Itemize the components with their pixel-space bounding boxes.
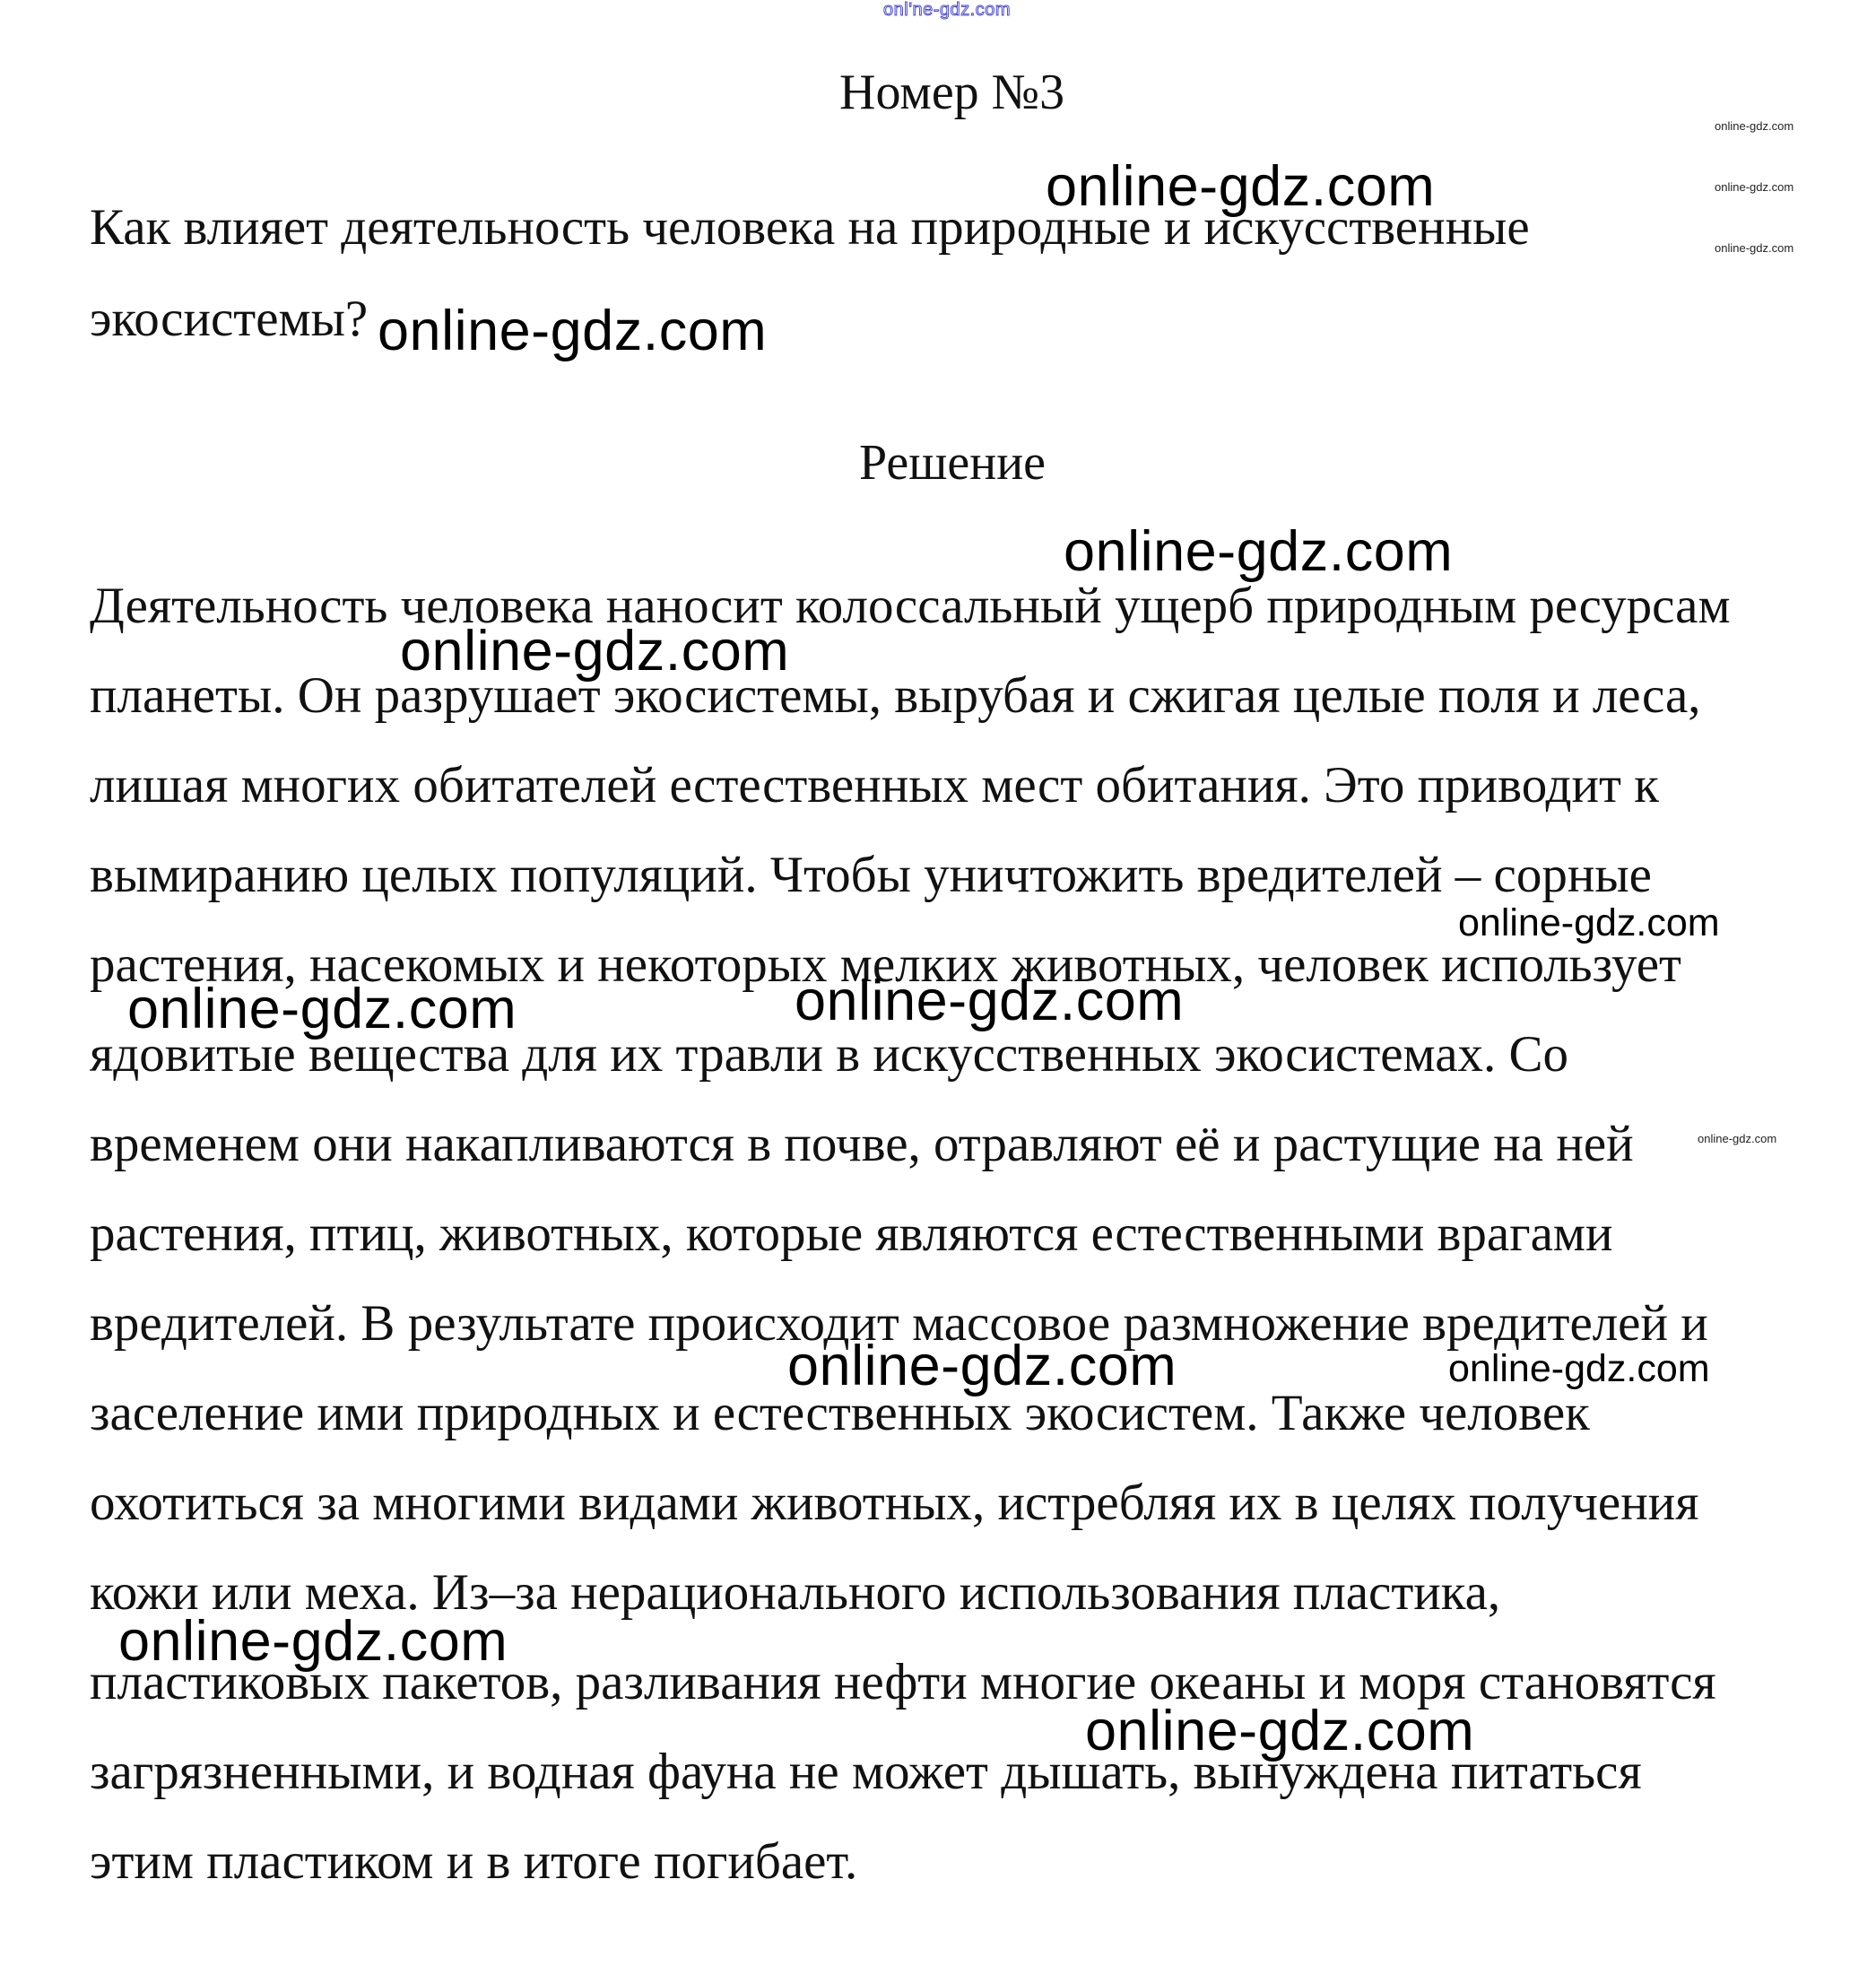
- watermark: online-gdz.com: [378, 303, 767, 360]
- answer-line: охотиться за многими видами животных, ис…: [90, 1477, 1698, 1528]
- watermark: online-gdz.com: [1046, 159, 1435, 215]
- watermark-small: online-gdz.com: [1715, 181, 1793, 193]
- watermark-small: online-gdz.com: [1698, 1133, 1776, 1144]
- watermark: online-gdz.com: [795, 973, 1184, 1030]
- watermark: online-gdz.com: [127, 981, 517, 1038]
- solution-heading: Решение: [859, 438, 1046, 488]
- answer-line: временем они накапливаются в почве, отра…: [90, 1118, 1634, 1170]
- watermark-top: onl'ne-gdz.com: [883, 1, 1011, 19]
- watermark: online-gdz.com: [1064, 524, 1453, 580]
- watermark-small: online-gdz.com: [1715, 120, 1793, 132]
- answer-line: лишая многих обитателей естественных мес…: [90, 760, 1659, 811]
- watermark: online-gdz.com: [400, 623, 789, 680]
- question-line: экосистемы?: [90, 293, 368, 344]
- watermark: online-gdz.com: [787, 1338, 1177, 1395]
- watermark: online-gdz.com: [1448, 1350, 1710, 1388]
- watermark: online-gdz.com: [1085, 1703, 1474, 1760]
- answer-line: Деятельность человека наносит колоссальн…: [90, 580, 1731, 631]
- watermark-small: online-gdz.com: [1715, 242, 1793, 254]
- watermark: online-gdz.com: [118, 1614, 508, 1670]
- answer-line: растения, птиц, животных, которые являют…: [90, 1208, 1612, 1259]
- answer-line: этим пластиком и в итоге погибает.: [90, 1836, 857, 1887]
- document-page: onl'ne-gdz.com Номер №3 online-gdz.com o…: [0, 0, 1876, 1975]
- answer-line: планеты. Он разрушает экосистемы, выруба…: [90, 670, 1701, 721]
- watermark: online-gdz.com: [1458, 904, 1720, 943]
- page-title: Номер №3: [839, 67, 1064, 117]
- answer-line: вымиранию целых популяций. Чтобы уничтож…: [90, 849, 1652, 900]
